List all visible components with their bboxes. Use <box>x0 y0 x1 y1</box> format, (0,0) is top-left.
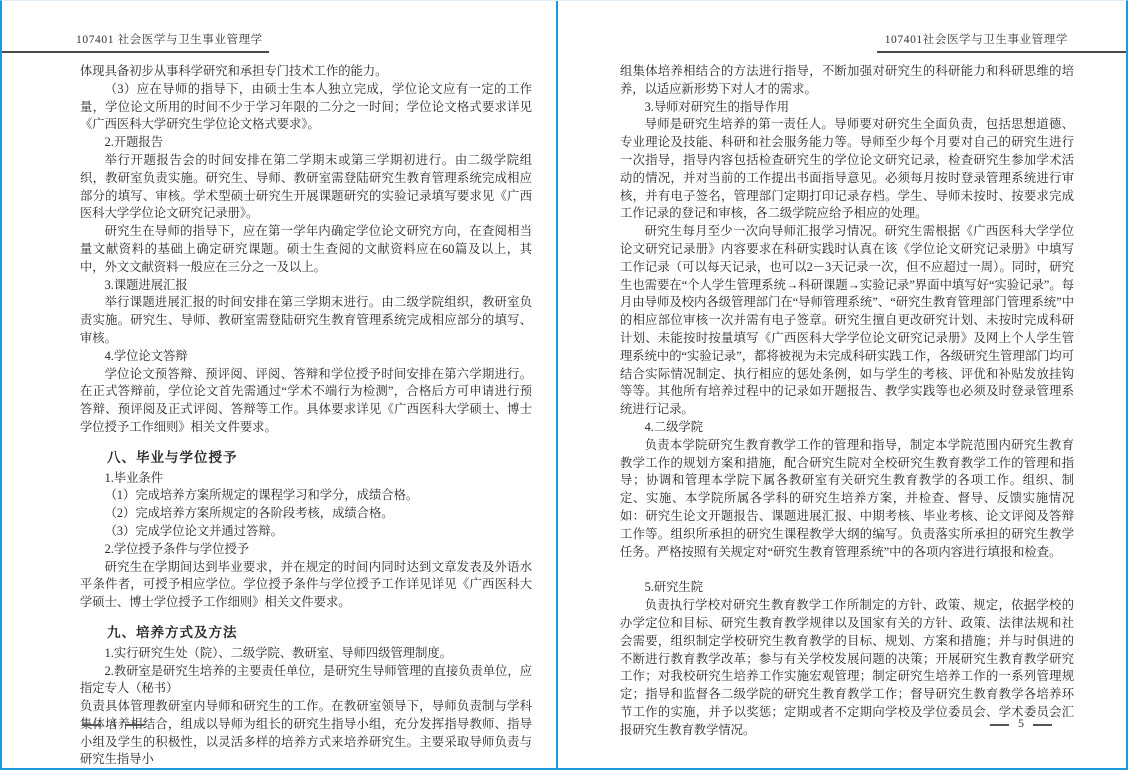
page-right: 107401社会医学与卫生事业管理学 组集体培养相结合的方法进行指导，不断加强对… <box>558 1 1126 768</box>
page-left: 107401 社会医学与卫生事业管理学 体现具备初步从事科学研究和承担专门技术工… <box>2 1 556 768</box>
paragraph: 举行课题进展汇报的时间安排在第三学期末进行。由二级学院组织，教研室负责实施。研究… <box>80 294 532 347</box>
paragraph: 举行开题报告会的时间安排在第二学期末或第三学期初进行。由二级学院组织，教研室负责… <box>80 152 532 223</box>
paragraph: 研究生在学期间达到毕业要求，并在规定的时间内同时达到文章发表及外语水平条件者，可… <box>80 559 532 612</box>
subheading: 3.课题进展汇报 <box>80 277 532 295</box>
document-spread: 107401 社会医学与卫生事业管理学 体现具备初步从事科学研究和承担专门技术工… <box>0 0 1128 770</box>
page-number-right: 5 <box>990 717 1052 732</box>
subheading: 3.导师对研究生的指导作用 <box>620 99 1074 117</box>
paragraph: 1.实行研究生处（院）、二级学院、教研室、导师四级管理制度。 <box>80 645 532 663</box>
folio-dash <box>125 724 144 726</box>
section-heading: 八、毕业与学位授予 <box>80 449 532 467</box>
paragraph: （3）完成学位论文并通过答辩。 <box>80 523 532 541</box>
subheading: 5.研究生院 <box>620 579 1074 597</box>
running-head-left: 107401 社会医学与卫生事业管理学 <box>2 31 269 53</box>
page-number-left: 4 <box>82 717 144 732</box>
page-body-left: 体现具备初步从事科学研究和承担专门技术工作的能力。 （3）应在导师的指导下，由硕… <box>2 53 556 769</box>
paragraph: 学位论文预答辩、预评阅、评阅、答辩和学位授予时间安排在第六学期进行。在正式答辩前… <box>80 366 532 437</box>
paragraph: 2.教研室是研究生培养的主要责任单位，是研究生导师管理的直接负责单位，应指定专人… <box>80 663 532 699</box>
paragraph: （1）完成培养方案所规定的课程学习和学分，成绩合格。 <box>80 487 532 505</box>
paragraph: 组集体培养相结合的方法进行指导，不断加强对研究生的科研能力和科研思维的培养，以适… <box>620 63 1074 99</box>
paragraph: 负责具体管理教研室内导师和研究生的工作。在教研室领导下，导师负责制与学科集体培养… <box>80 698 532 769</box>
page-body-right: 组集体培养相结合的方法进行指导，不断加强对研究生的科研能力和科研思维的培养，以适… <box>558 53 1126 739</box>
folio-dash <box>82 724 101 726</box>
subheading: 2.开题报告 <box>80 134 532 152</box>
paragraph: （2）完成培养方案所规定的各阶段考核，成绩合格。 <box>80 505 532 523</box>
section-heading: 九、培养方式及方法 <box>80 624 532 642</box>
paragraph: 研究生在导师的指导下，应在第一学年内确定学位论文研究方向，在查阅相当量文献资料的… <box>80 223 532 276</box>
folio-dash <box>990 724 1009 726</box>
running-head-text: 107401 社会医学与卫生事业管理学 <box>76 34 263 46</box>
running-head-text: 107401社会医学与卫生事业管理学 <box>885 34 1068 46</box>
subheading: 1.毕业条件 <box>80 470 532 488</box>
running-head-right: 107401社会医学与卫生事业管理学 <box>877 31 1126 53</box>
paragraph: 导师是研究生培养的第一责任人。导师要对研究生全面负责，包括思想道德、专业理论及技… <box>620 116 1074 223</box>
folio-dash <box>1033 724 1052 726</box>
paragraph: 负责本学院研究生教育教学工作的管理和指导，制定本学院范围内研究生教育教学工作的规… <box>620 437 1074 562</box>
subheading: 4.学位论文答辩 <box>80 348 532 366</box>
subheading: 4.二级学院 <box>620 419 1074 437</box>
page-number-value: 4 <box>110 716 116 731</box>
paragraph: 体现具备初步从事科学研究和承担专门技术工作的能力。 <box>80 63 532 81</box>
subheading: 2.学位授予条件与学位授予 <box>80 541 532 559</box>
page-number-value: 5 <box>1018 716 1024 731</box>
paragraph: 研究生每月至少一次向导师汇报学习情况。研究生需根据《广西医科大学学位论文研究记录… <box>620 223 1074 419</box>
paragraph: （3）应在导师的指导下，由硕士生本人独立完成，学位论文应有一定的工作量，学位论文… <box>80 81 532 134</box>
